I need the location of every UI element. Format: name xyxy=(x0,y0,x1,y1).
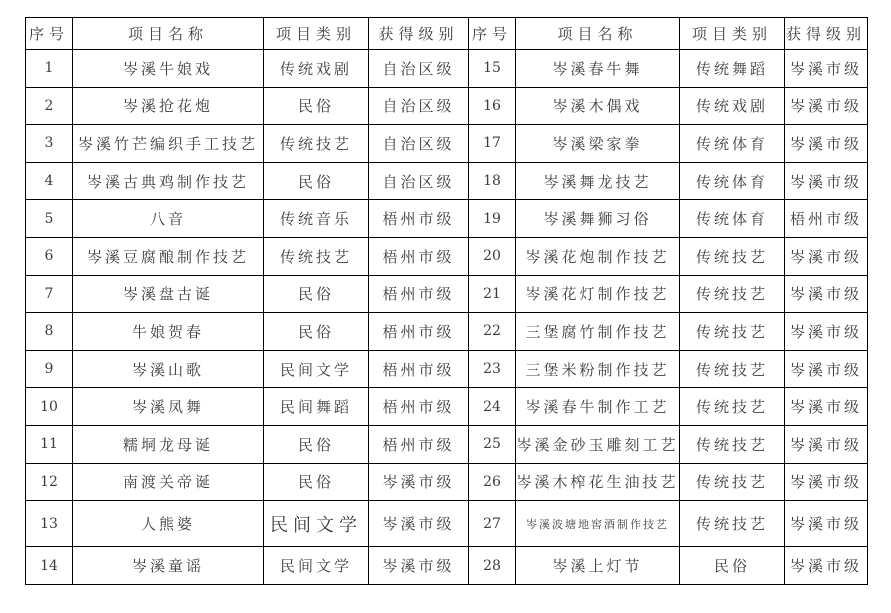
cell-left-no: 8 xyxy=(26,313,73,351)
cell-right-level: 岑溪市级 xyxy=(785,388,868,426)
cell-left-category: 民俗 xyxy=(264,275,369,313)
cell-right-no: 17 xyxy=(469,125,516,163)
cell-right-level: 岑溪市级 xyxy=(785,425,868,463)
cell-left-level: 梧州市级 xyxy=(369,313,469,351)
cell-left-level: 自治区级 xyxy=(369,50,469,88)
cell-right-category: 传统体育 xyxy=(680,125,785,163)
table-header: 序号 项目名称 项目类别 获得级别 序号 项目名称 项目类别 获得级别 xyxy=(26,18,868,50)
cell-right-no: 19 xyxy=(469,200,516,238)
cell-right-no: 24 xyxy=(469,388,516,426)
table-row: 1 岑溪牛娘戏 传统戏剧 自治区级 15 岑溪春牛舞 传统舞蹈 岑溪市级 xyxy=(26,50,868,88)
cell-left-no: 11 xyxy=(26,425,73,463)
cell-right-category: 传统体育 xyxy=(680,162,785,200)
cell-left-no: 13 xyxy=(26,501,73,547)
table-row: 6 岑溪豆腐酿制作技艺 传统技艺 梧州市级 20 岑溪花炮制作技艺 传统技艺 岑… xyxy=(26,237,868,275)
cell-right-level: 岑溪市级 xyxy=(785,125,868,163)
cell-left-level: 自治区级 xyxy=(369,125,469,163)
cell-right-category: 民俗 xyxy=(680,547,785,585)
cell-right-no: 25 xyxy=(469,425,516,463)
cell-left-category: 民俗 xyxy=(264,425,369,463)
cell-right-no: 16 xyxy=(469,87,516,125)
header-category-left: 项目类别 xyxy=(264,18,369,50)
cell-right-category: 传统技艺 xyxy=(680,350,785,388)
table-row: 14 岑溪童谣 民间文学 岑溪市级 28 岑溪上灯节 民俗 岑溪市级 xyxy=(26,547,868,585)
table-row: 12 南渡关帝诞 民俗 岑溪市级 26 岑溪木榨花生油技艺 传统技艺 岑溪市级 xyxy=(26,463,868,501)
cell-left-category: 民间舞蹈 xyxy=(264,388,369,426)
cell-right-name: 岑溪花灯制作技艺 xyxy=(516,275,680,313)
cell-left-level: 岑溪市级 xyxy=(369,463,469,501)
cell-left-category: 传统音乐 xyxy=(264,200,369,238)
cell-left-no: 4 xyxy=(26,162,73,200)
cell-left-category: 传统技艺 xyxy=(264,237,369,275)
header-no-right: 序号 xyxy=(469,18,516,50)
cell-left-category: 民俗 xyxy=(264,87,369,125)
header-level-left: 获得级别 xyxy=(369,18,469,50)
cell-left-level: 梧州市级 xyxy=(369,200,469,238)
cell-left-no: 2 xyxy=(26,87,73,125)
cell-right-no: 27 xyxy=(469,501,516,547)
heritage-table: 序号 项目名称 项目类别 获得级别 序号 项目名称 项目类别 获得级别 1 岑溪… xyxy=(25,17,868,585)
cell-right-no: 18 xyxy=(469,162,516,200)
cell-right-no: 26 xyxy=(469,463,516,501)
cell-right-category: 传统技艺 xyxy=(680,425,785,463)
cell-left-level: 梧州市级 xyxy=(369,237,469,275)
cell-right-category: 传统技艺 xyxy=(680,313,785,351)
table-row: 10 岑溪凤舞 民间舞蹈 梧州市级 24 岑溪春牛制作工艺 传统技艺 岑溪市级 xyxy=(26,388,868,426)
cell-left-name: 岑溪牛娘戏 xyxy=(73,50,264,88)
cell-left-name: 人熊婆 xyxy=(73,501,264,547)
cell-right-name: 岑溪花炮制作技艺 xyxy=(516,237,680,275)
cell-right-level: 岑溪市级 xyxy=(785,350,868,388)
table-row: 2 岑溪抢花炮 民俗 自治区级 16 岑溪木偶戏 传统戏剧 岑溪市级 xyxy=(26,87,868,125)
table-row: 5 八音 传统音乐 梧州市级 19 岑溪舞狮习俗 传统体育 梧州市级 xyxy=(26,200,868,238)
cell-left-category: 民俗 xyxy=(264,162,369,200)
header-category-right: 项目类别 xyxy=(680,18,785,50)
table-row: 11 糯垌龙母诞 民俗 梧州市级 25 岑溪金砂玉雕刻工艺 传统技艺 岑溪市级 xyxy=(26,425,868,463)
cell-right-category: 传统技艺 xyxy=(680,275,785,313)
cell-left-name: 岑溪竹芒编织手工技艺 xyxy=(73,125,264,163)
cell-right-no: 21 xyxy=(469,275,516,313)
header-name-right: 项目名称 xyxy=(516,18,680,50)
cell-right-name: 岑溪上灯节 xyxy=(516,547,680,585)
cell-right-level: 岑溪市级 xyxy=(785,463,868,501)
cell-left-level: 梧州市级 xyxy=(369,425,469,463)
cell-left-category: 传统技艺 xyxy=(264,125,369,163)
cell-right-level: 岑溪市级 xyxy=(785,547,868,585)
table-row: 4 岑溪古典鸡制作技艺 民俗 自治区级 18 岑溪舞龙技艺 传统体育 岑溪市级 xyxy=(26,162,868,200)
cell-left-name: 岑溪豆腐酿制作技艺 xyxy=(73,237,264,275)
cell-right-name: 岑溪舞龙技艺 xyxy=(516,162,680,200)
cell-left-category: 民间文学 xyxy=(264,547,369,585)
cell-left-level: 梧州市级 xyxy=(369,275,469,313)
cell-left-level: 梧州市级 xyxy=(369,388,469,426)
header-name-left: 项目名称 xyxy=(73,18,264,50)
table-row: 7 岑溪盘古诞 民俗 梧州市级 21 岑溪花灯制作技艺 传统技艺 岑溪市级 xyxy=(26,275,868,313)
cell-right-name: 三堡腐竹制作技艺 xyxy=(516,313,680,351)
cell-right-no: 20 xyxy=(469,237,516,275)
cell-left-no: 9 xyxy=(26,350,73,388)
cell-right-category: 传统技艺 xyxy=(680,388,785,426)
cell-right-level: 岑溪市级 xyxy=(785,162,868,200)
cell-left-name: 岑溪山歌 xyxy=(73,350,264,388)
table-body: 1 岑溪牛娘戏 传统戏剧 自治区级 15 岑溪春牛舞 传统舞蹈 岑溪市级 2 岑… xyxy=(26,50,868,585)
cell-right-name: 岑溪春牛舞 xyxy=(516,50,680,88)
cell-left-level: 梧州市级 xyxy=(369,350,469,388)
table-row: 3 岑溪竹芒编织手工技艺 传统技艺 自治区级 17 岑溪梁家拳 传统体育 岑溪市… xyxy=(26,125,868,163)
table-row: 9 岑溪山歌 民间文学 梧州市级 23 三堡米粉制作技艺 传统技艺 岑溪市级 xyxy=(26,350,868,388)
table-row: 8 牛娘贺春 民俗 梧州市级 22 三堡腐竹制作技艺 传统技艺 岑溪市级 xyxy=(26,313,868,351)
cell-left-category: 民间文学 xyxy=(264,350,369,388)
cell-left-name: 岑溪凤舞 xyxy=(73,388,264,426)
cell-right-category: 传统体育 xyxy=(680,200,785,238)
cell-right-no: 22 xyxy=(469,313,516,351)
cell-right-level: 岑溪市级 xyxy=(785,313,868,351)
cell-left-no: 1 xyxy=(26,50,73,88)
cell-left-no: 3 xyxy=(26,125,73,163)
cell-left-no: 6 xyxy=(26,237,73,275)
cell-left-name: 岑溪抢花炮 xyxy=(73,87,264,125)
cell-right-name: 岑溪波塘地窖酒制作技艺 xyxy=(516,501,680,547)
header-no-left: 序号 xyxy=(26,18,73,50)
cell-left-name: 南渡关帝诞 xyxy=(73,463,264,501)
cell-right-no: 15 xyxy=(469,50,516,88)
cell-right-level: 岑溪市级 xyxy=(785,501,868,547)
cell-left-no: 7 xyxy=(26,275,73,313)
table-row: 13 人熊婆 民间文学 岑溪市级 27 岑溪波塘地窖酒制作技艺 传统技艺 岑溪市… xyxy=(26,501,868,547)
cell-right-no: 23 xyxy=(469,350,516,388)
cell-right-category: 传统舞蹈 xyxy=(680,50,785,88)
cell-right-category: 传统技艺 xyxy=(680,463,785,501)
cell-left-name: 岑溪童谣 xyxy=(73,547,264,585)
cell-right-name: 岑溪春牛制作工艺 xyxy=(516,388,680,426)
cell-right-name: 岑溪梁家拳 xyxy=(516,125,680,163)
cell-left-name: 八音 xyxy=(73,200,264,238)
cell-left-name: 岑溪古典鸡制作技艺 xyxy=(73,162,264,200)
cell-right-level: 岑溪市级 xyxy=(785,50,868,88)
cell-left-level: 岑溪市级 xyxy=(369,547,469,585)
cell-right-level: 岑溪市级 xyxy=(785,87,868,125)
cell-left-no: 14 xyxy=(26,547,73,585)
cell-right-name: 岑溪木偶戏 xyxy=(516,87,680,125)
header-level-right: 获得级别 xyxy=(785,18,868,50)
cell-left-level: 岑溪市级 xyxy=(369,501,469,547)
cell-right-category: 传统技艺 xyxy=(680,501,785,547)
cell-right-category: 传统戏剧 xyxy=(680,87,785,125)
cell-left-no: 10 xyxy=(26,388,73,426)
cell-left-name: 糯垌龙母诞 xyxy=(73,425,264,463)
cell-right-name: 岑溪木榨花生油技艺 xyxy=(516,463,680,501)
cell-left-level: 自治区级 xyxy=(369,162,469,200)
cell-right-level: 岑溪市级 xyxy=(785,237,868,275)
cell-left-category: 传统戏剧 xyxy=(264,50,369,88)
cell-left-category: 民俗 xyxy=(264,463,369,501)
cell-left-category: 民间文学 xyxy=(264,501,369,547)
cell-right-name: 三堡米粉制作技艺 xyxy=(516,350,680,388)
header-row: 序号 项目名称 项目类别 获得级别 序号 项目名称 项目类别 获得级别 xyxy=(26,18,868,50)
cell-left-name: 牛娘贺春 xyxy=(73,313,264,351)
cell-right-name: 岑溪舞狮习俗 xyxy=(516,200,680,238)
cell-right-category: 传统技艺 xyxy=(680,237,785,275)
page: 序号 项目名称 项目类别 获得级别 序号 项目名称 项目类别 获得级别 1 岑溪… xyxy=(0,0,891,613)
cell-left-category: 民俗 xyxy=(264,313,369,351)
cell-right-level: 岑溪市级 xyxy=(785,275,868,313)
cell-right-no: 28 xyxy=(469,547,516,585)
cell-right-level: 梧州市级 xyxy=(785,200,868,238)
cell-right-name: 岑溪金砂玉雕刻工艺 xyxy=(516,425,680,463)
cell-left-name: 岑溪盘古诞 xyxy=(73,275,264,313)
cell-left-no: 5 xyxy=(26,200,73,238)
cell-left-level: 自治区级 xyxy=(369,87,469,125)
cell-left-no: 12 xyxy=(26,463,73,501)
